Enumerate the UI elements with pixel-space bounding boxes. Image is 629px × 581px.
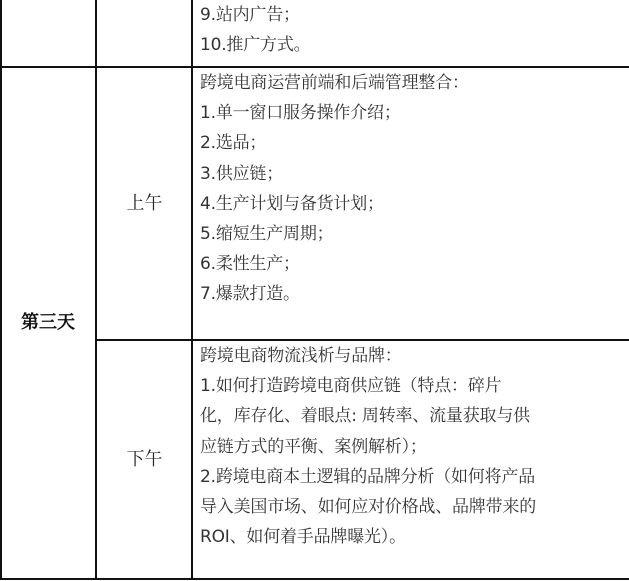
content-line: 应链方式的平衡、案例解析）；	[200, 432, 625, 462]
period-label-morning: 上午	[97, 190, 192, 218]
content-line: 1.如何打造跨境电商供应链（特点：碎片	[200, 371, 625, 401]
content-line: 导入美国市场、如何应对价格战、品牌带来的	[200, 492, 625, 522]
content-line: 2.选品；	[200, 128, 625, 158]
content-line: 6.柔性生产；	[200, 249, 625, 279]
column-divider-day	[95, 0, 97, 580]
section-title: 跨境电商物流浅析与品牌：	[200, 341, 625, 371]
day-label: 第三天	[0, 309, 96, 337]
previous-day-content: 9.站内广告； 10.推广方式。	[200, 0, 625, 60]
content-line: 10.推广方式。	[200, 30, 625, 60]
table-border-left	[0, 0, 2, 580]
content-line: 1.单一窗口服务操作介绍；	[200, 98, 625, 128]
content-line: 7.爆款打造。	[200, 279, 625, 309]
content-line: ROI、如何着手品牌曝光）。	[200, 522, 625, 552]
morning-content: 跨境电商运营前端和后端管理整合： 1.单一窗口服务操作介绍； 2.选品； 3.供…	[200, 68, 625, 310]
content-line: 3.供应链；	[200, 159, 625, 189]
section-title: 跨境电商运营前端和后端管理整合：	[200, 68, 625, 98]
afternoon-content: 跨境电商物流浅析与品牌： 1.如何打造跨境电商供应链（特点：碎片 化，库存化、着…	[200, 341, 625, 552]
content-line: 9.站内广告；	[200, 0, 625, 30]
content-line: 4.生产计划与备货计划；	[200, 189, 625, 219]
column-divider-period	[191, 0, 193, 580]
content-line: 2.跨境电商本土逻辑的品牌分析（如何将产品	[200, 462, 625, 492]
table-border-bottom	[0, 578, 629, 580]
content-line: 化，库存化、着眼点: 周转率、流量获取与供	[200, 401, 625, 431]
period-label-afternoon: 下午	[97, 446, 192, 474]
content-line: 5.缩短生产周期；	[200, 219, 625, 249]
